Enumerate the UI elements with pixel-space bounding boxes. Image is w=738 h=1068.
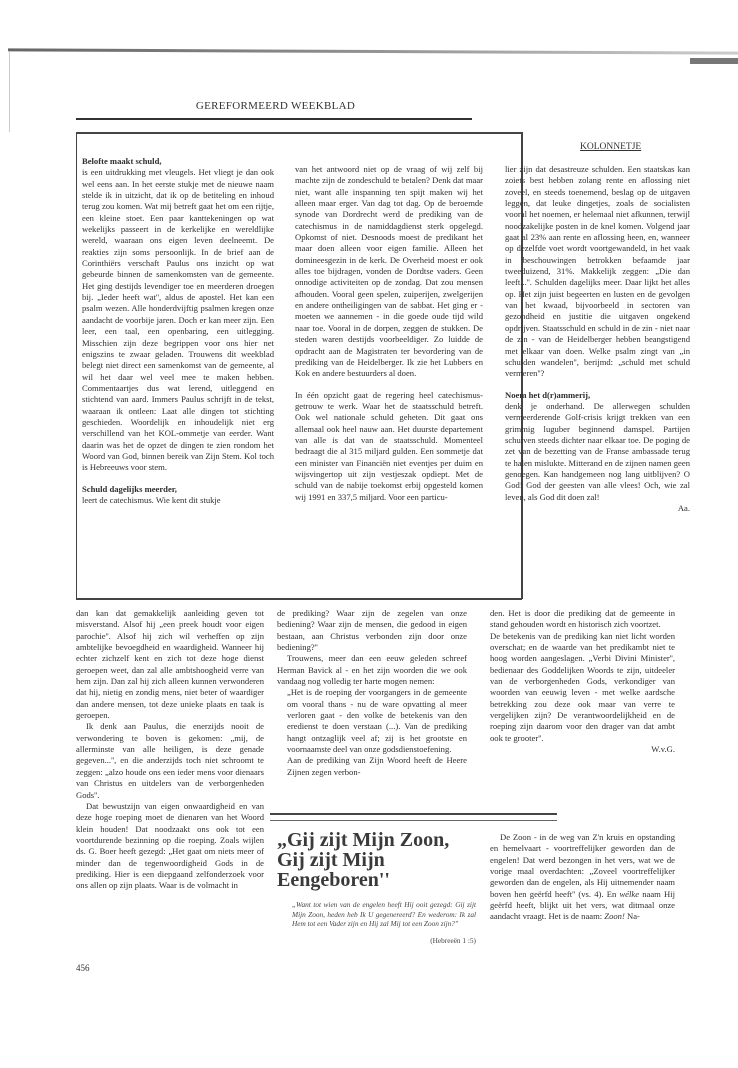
paragraph: De Zoon - in de weg van Z'n kruis en ops… (490, 832, 675, 923)
subheading: Noem het d(r)ammerij, (505, 390, 690, 401)
paragraph: denk je onderhand. De allerwegen schulde… (505, 401, 690, 503)
scan-edge-mark (690, 58, 738, 64)
kolonnetje-column-3: lier zijn dat desastreuze schulden. Een … (505, 164, 690, 514)
kolonnetje-column-2: van het antwoord niet op de vraag of wij… (295, 164, 483, 503)
scan-edge-line (8, 48, 738, 54)
quotation-block: „Het is de roeping der voorgangers in de… (277, 687, 467, 778)
paragraph: In één opzicht gaat de regering heel cat… (295, 390, 483, 503)
quotation: Aan de prediking van Zijn Woord heeft de… (287, 755, 467, 778)
page-number: 456 (76, 963, 90, 973)
meditation-headline: „Gij zijt Mijn Zoon, Gij zijt Mijn Eenge… (277, 830, 477, 890)
paragraph: Ik denk aan Paulus, die enerzijds nooit … (76, 721, 264, 800)
section-label-kolonnetje: KOLONNETJE (580, 142, 641, 152)
scan-left-edge (9, 52, 10, 132)
article-column-2: de prediking? Waar zijn de zegelen van o… (277, 608, 467, 778)
masthead-rule (76, 118, 472, 120)
box-border-bottom (76, 598, 522, 600)
kolonnetje-column-1: Belofte maakt schuld, is een uitdrukking… (82, 156, 274, 506)
article-column-1: dan kan dat gemakkelijk aanleiding geven… (76, 608, 264, 892)
paragraph: de prediking? Waar zijn de zegelen van o… (277, 608, 467, 653)
quotation: „Het is de roeping der voorgangers in de… (287, 687, 467, 755)
paragraph: leert de catechismus. Wie kent dit stukj… (82, 495, 274, 506)
section-divider (270, 813, 557, 821)
paragraph: den. Het is door die prediking dat de ge… (490, 608, 675, 631)
paragraph: is een uitdrukking met vleugels. Het vli… (82, 167, 274, 473)
subheading: Schuld dagelijks meerder, (82, 484, 274, 495)
paragraph: De betekenis van de prediking kan niet l… (490, 631, 675, 744)
publication-masthead: GEREFORMEERD WEEKBLAD (78, 100, 473, 112)
paragraph: Dat bewustzijn van eigen onwaardigheid e… (76, 801, 264, 892)
paragraph: Trouwens, meer dan een eeuw geleden schr… (277, 653, 467, 687)
subheading: Belofte maakt schuld, (82, 156, 274, 167)
meditation-body: De Zoon - in de weg van Z'n kruis en ops… (490, 832, 675, 923)
paragraph: lier zijn dat desastreuze schulden. Een … (505, 164, 690, 380)
author-signature: Aa. (505, 503, 690, 514)
paragraph: dan kan dat gemakkelijk aanleiding geven… (76, 608, 264, 721)
author-signature: W.v.G. (490, 744, 675, 755)
article-column-3: den. Het is door die prediking dat de ge… (490, 608, 675, 755)
epigraph-reference: (Hebreeën 1 :5) (400, 936, 476, 945)
paragraph: van het antwoord niet op de vraag of wij… (295, 164, 483, 380)
meditation-epigraph: „Want tot wien van de engelen heeft Hij … (292, 900, 476, 929)
